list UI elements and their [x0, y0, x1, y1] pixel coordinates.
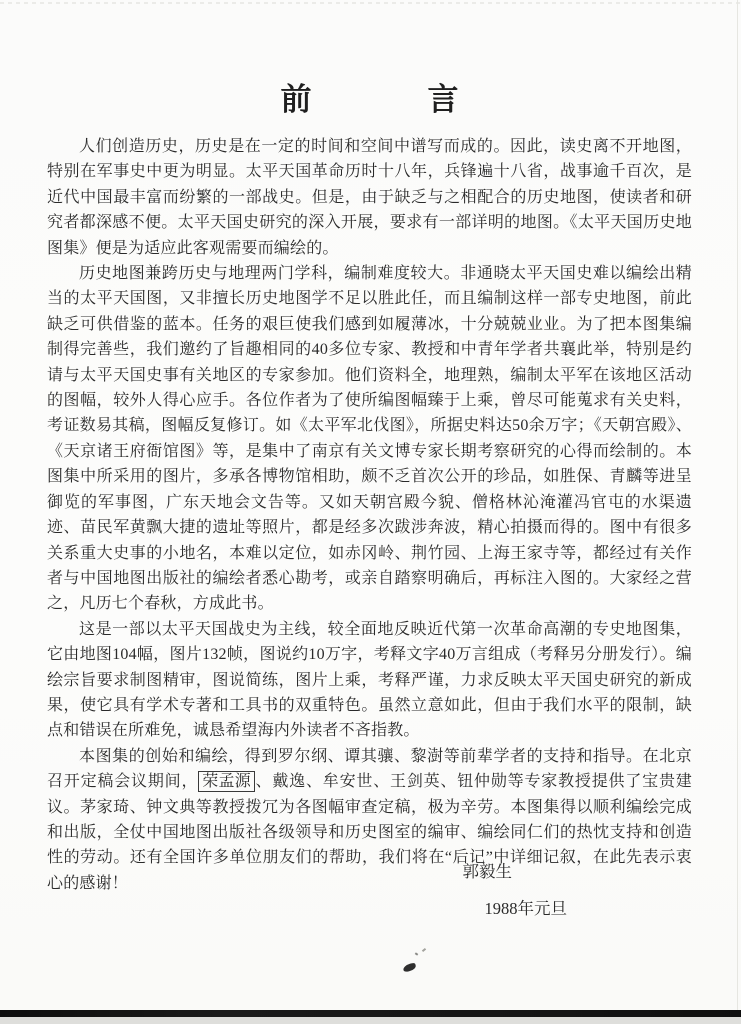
scanned-preface-page: 前 言 人们创造历史，历史是在一定的时间和空间中谱写而成的。因此，读史离不开地图…	[0, 0, 741, 1024]
paragraph-2: 历史地图兼跨历史与地理两门学科，编制难度较大。非通晓太平天国史难以编绘出精当的太…	[47, 261, 692, 617]
boxed-deceased-name: 荣孟源	[198, 771, 255, 792]
preface-body: 人们创造历史，历史是在一定的时间和空间中谱写而成的。因此，读史离不开地图，特别在…	[47, 134, 692, 896]
signature-block: 郭毅生 1988年元旦	[0, 858, 741, 919]
ink-speck	[422, 948, 426, 952]
paragraph-1: 人们创造历史，历史是在一定的时间和空间中谱写而成的。因此，读史离不开地图，特别在…	[47, 134, 692, 261]
ink-smudge	[402, 962, 416, 972]
scan-bottom-edge-artifact	[0, 1010, 741, 1017]
scan-bottom-strip-artifact	[0, 1017, 741, 1024]
signature-date: 1988年元旦	[0, 895, 741, 919]
title-char-yan: 言	[428, 74, 459, 119]
scan-top-edge-artifact	[0, 2, 741, 4]
author-name: 郭毅生	[0, 858, 741, 882]
paragraph-3: 这是一部以太平天国战史为主线，较全面地反映近代第一次革命高潮的专史地图集，它由地…	[47, 617, 692, 744]
page-title: 前 言	[47, 74, 692, 119]
title-char-qian: 前	[281, 74, 312, 119]
ink-speck	[415, 952, 419, 955]
